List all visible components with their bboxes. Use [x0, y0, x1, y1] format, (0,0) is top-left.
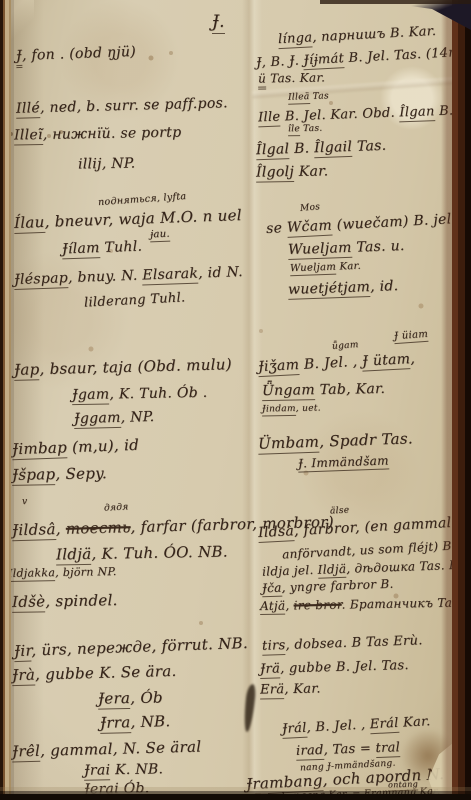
entry-text: (m,u), id	[67, 436, 140, 457]
headword: Wčam	[287, 218, 333, 238]
headword: Ɉča	[262, 581, 282, 597]
entry-text: ildja jel.	[262, 563, 318, 579]
entry-line: Ɉrra, NB.	[100, 712, 171, 732]
entry-text: , нижнїй. se portp	[43, 125, 182, 143]
headword: Ildjä	[317, 562, 346, 578]
entry-text: B. Jel. ,	[299, 354, 363, 373]
headword: Ɉ ütam	[362, 351, 411, 371]
annotation: ǖgam	[332, 340, 359, 352]
annotation: Ɉindam, uet.	[262, 403, 321, 414]
entry-text: älse	[330, 505, 350, 516]
entry-text: , gubbe K. Se ära.	[35, 662, 177, 684]
headword: Wueljam	[288, 240, 352, 260]
annotation: Ɉ üiam	[394, 329, 429, 342]
binding-edge-left	[0, 0, 14, 800]
entry-text: B.	[289, 140, 314, 157]
entry-text: ,	[285, 598, 293, 612]
entry-text: ǖgam	[332, 340, 359, 352]
entry-line: illij, NP.	[78, 156, 136, 173]
entry-text: Kar.	[398, 714, 431, 731]
entry-text: Kar.	[336, 261, 361, 273]
headword: Erál	[369, 716, 399, 734]
entry-line: Ɉgam, K. Tuh. Ób .	[72, 385, 208, 403]
headword: Ɉílam	[62, 240, 100, 259]
entry-line: Ɉrai K. NB.	[84, 761, 164, 778]
entry-text: Tas.	[300, 124, 323, 134]
entry-line: Ɉílam Tuhl.	[62, 239, 143, 258]
entry-text: Tas. u.	[351, 238, 405, 256]
entry-text: , id.	[370, 278, 399, 295]
entry-text: Mos	[300, 202, 321, 214]
entry-text: , K. Tuh. Ób .	[109, 385, 207, 403]
book-edge-bottom	[0, 787, 471, 800]
entry-text: se	[266, 220, 288, 237]
entry-text: , björn NP.	[55, 565, 117, 579]
headword: wuetjétjam	[288, 279, 371, 299]
entry-line: Erä, Kar.	[260, 681, 321, 697]
headword: Ildsà	[258, 523, 295, 542]
headword: Ɉindam	[262, 404, 296, 416]
annotation: Illeä Tas	[288, 91, 329, 102]
headword: Ɉiǯam	[258, 357, 300, 377]
annotation: île Tas.	[288, 124, 323, 135]
headword: Îlgal	[256, 141, 290, 160]
entry-line: irad, Tas = tral	[296, 740, 401, 759]
headword: Erä	[260, 682, 285, 699]
entry-text: , K. Tuh. ÓO. NB.	[91, 543, 228, 563]
headword: irad	[296, 743, 324, 760]
headword: Ɉ.	[212, 12, 225, 34]
headword: île	[288, 124, 300, 136]
struck-text: ire bror	[293, 598, 341, 613]
entry-text: , uet.	[296, 403, 321, 413]
entry-line: Ǖngam Tab, Kar.	[262, 381, 385, 399]
headword: Îlgan	[399, 104, 435, 122]
struck-text: тоесть	[66, 518, 131, 538]
entry-text: ɉau.	[150, 229, 170, 242]
headword: Ɉrál	[282, 721, 307, 739]
entry-text: , Spadr Tas.	[319, 429, 413, 450]
entry-text: , NB.	[130, 712, 170, 731]
manuscript-scan: { "page": { "section_letter": "Ɉ.", "col…	[0, 0, 471, 800]
entry-text: Tas. Kar.	[266, 70, 325, 85]
entry-text: ,	[410, 351, 416, 367]
entry-line: Ɉ. Immändšam	[298, 453, 389, 470]
entry-text: , Ób	[130, 688, 163, 707]
entry-line: Ɉggam, NP.	[74, 409, 155, 427]
headword: Ɉera	[98, 689, 131, 709]
headword: Ümbam	[258, 433, 320, 455]
headword: Ɉgam	[72, 387, 110, 405]
annotation: дядя	[104, 502, 129, 513]
entry-text: , Sepy.	[55, 464, 107, 483]
entry-text: illij, NP.	[78, 156, 136, 173]
entry-line: Ildjä, K. Tuh. ÓO. NB.	[56, 543, 228, 564]
annotation: Mos	[300, 202, 321, 214]
headword: Ille	[258, 110, 281, 127]
entry-text: Ɉ üiam	[394, 329, 429, 344]
entry-text: дядя	[104, 502, 129, 513]
entry-text: Tab, Kar.	[315, 381, 386, 398]
entry-text: , id N.	[198, 264, 243, 282]
entry-line: ü Tas. Kar.	[258, 70, 325, 85]
entry-text: Ɉ, B. Ɉ.	[256, 53, 304, 70]
book-edge-top	[320, 0, 471, 4]
entry-text: , Tas =	[323, 741, 375, 758]
headword: Ɉ. Immändšam	[298, 453, 389, 472]
section-letter: Ɉ.	[212, 12, 225, 32]
entry-text: Kar.	[294, 163, 329, 180]
entry-line: Ɉera, Ób	[98, 688, 163, 707]
headword: Ildjä	[56, 545, 92, 565]
headword: línga	[278, 30, 313, 48]
headword: Ɉíɉmát	[303, 51, 344, 70]
headword: tirs	[262, 638, 286, 655]
headword: Ɉrra	[100, 713, 131, 733]
entry-text: , spindel.	[45, 591, 118, 610]
annotation: älse	[330, 505, 350, 516]
entry-line: Îlgolj Kar.	[256, 163, 329, 180]
headword: Îlgail	[314, 139, 353, 158]
entry-text: , Kar.	[284, 681, 321, 697]
headword: Ɉrä	[260, 661, 281, 678]
entry-text: , bnuy. N.	[68, 268, 143, 287]
entry-text: Tas	[309, 91, 329, 102]
entry-text: K. NB.	[110, 761, 163, 778]
annotation: ɉau.	[150, 229, 170, 241]
headword: Illeä	[288, 92, 310, 104]
headword: tral	[375, 740, 400, 757]
headword: Ɉggam	[74, 410, 121, 429]
headword: Ɉrai	[84, 762, 111, 780]
headword: Îlgolj	[256, 164, 294, 182]
entry-text: Tuhl.	[99, 239, 142, 256]
headword: Wueljam	[290, 262, 336, 276]
headword: Elsarak	[142, 266, 198, 285]
binding-shadow	[14, 0, 44, 800]
headword: Ǖngam	[262, 382, 315, 400]
headword: Atjä	[260, 599, 286, 615]
entry-text: , NP.	[120, 409, 154, 426]
book-cover-edge-right	[441, 0, 471, 800]
entry-text: Tas.	[352, 138, 387, 155]
entry-text: ,	[55, 520, 66, 538]
